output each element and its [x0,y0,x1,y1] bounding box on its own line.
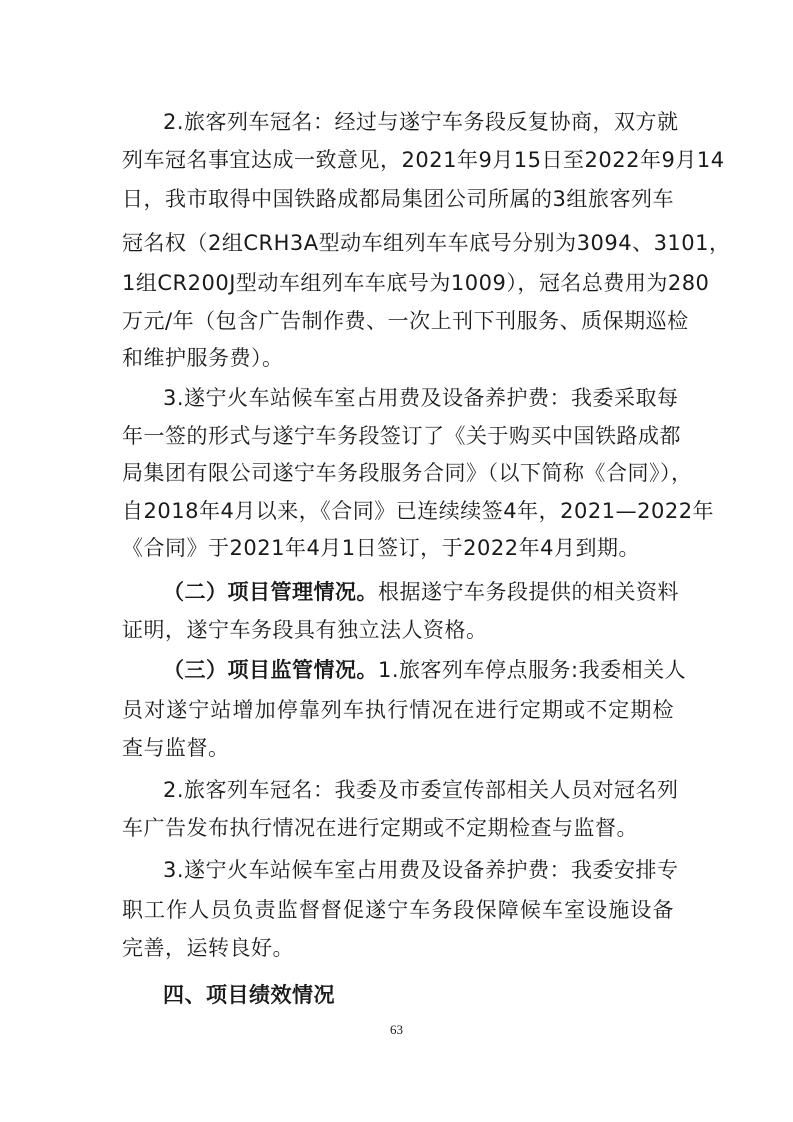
text-line: 完善，运转良好。 [122,935,674,961]
subsection-title: （二）项目管理情况。 [163,580,378,604]
section-heading: 四、项目绩效情况 [163,982,335,1008]
text-line: 年一签的形式与遂宁车务段签订了《关于购买中国铁路成都 [122,423,674,449]
text-line: 查与监督。 [122,735,674,761]
text-line: 2.旅客列车冠名：我委及市委宣传部相关人员对冠名列 [163,777,674,803]
text-line: 员对遂宁站增加停靠列车执行情况在进行定期或不定期检 [122,697,674,723]
text-line: （二）项目管理情况。根据遂宁车务段提供的相关资料 [163,579,674,605]
text-line: 局集团有限公司遂宁车务段服务合同》（以下简称《合同》）， [122,460,674,486]
text-line: 职工作人员负责监督督促遂宁车务段保障候车室设施设备 [122,897,674,923]
text-line: 列车冠名事宜达成一致意见，2021年9月15日至2022年9月14 [122,147,674,173]
text-line: 万元/年（包含广告制作费、一次上刊下刊服务、质保期巡检 [122,308,674,334]
text-line: 证明，遂宁车务段具有独立法人资格。 [122,617,674,643]
document-page: 2.旅客列车冠名：经过与遂宁车务段反复协商，双方就 列车冠名事宜达成一致意见，2… [0,0,793,1122]
text-line: 3.遂宁火车站候车室占用费及设备养护费：我委安排专 [163,857,674,883]
text-span: 1.旅客列车停点服务:我委相关人 [378,658,686,682]
subsection-title: （三）项目监管情况。 [163,658,378,682]
text-span: 根据遂宁车务段提供的相关资料 [378,580,679,604]
text-line: 和维护服务费）。 [122,345,674,371]
text-line: 自2018年4月以来，《合同》已连续续签4年，2021—2022年 [122,498,674,524]
text-line: 车广告发布执行情况在进行定期或不定期检查与监督。 [122,815,674,841]
text-line: 日，我市取得中国铁路成都局集团公司所属的3组旅客列车 [122,186,674,212]
text-line: 3.遂宁火车站候车室占用费及设备养护费：我委采取每 [163,385,674,411]
page-number: 63 [0,1022,793,1038]
text-line: 2.旅客列车冠名：经过与遂宁车务段反复协商，双方就 [163,109,674,135]
text-line: 《合同》于2021年4月1日签订，于2022年4月到期。 [122,535,674,561]
text-line: （三）项目监管情况。1.旅客列车停点服务:我委相关人 [163,657,674,683]
text-line: 冠名权（2组CRH3A型动车组列车车底号分别为3094、3101， [122,230,674,256]
text-line: 1组CR200J型动车组列车车底号为1009），冠名总费用为280 [122,270,674,296]
